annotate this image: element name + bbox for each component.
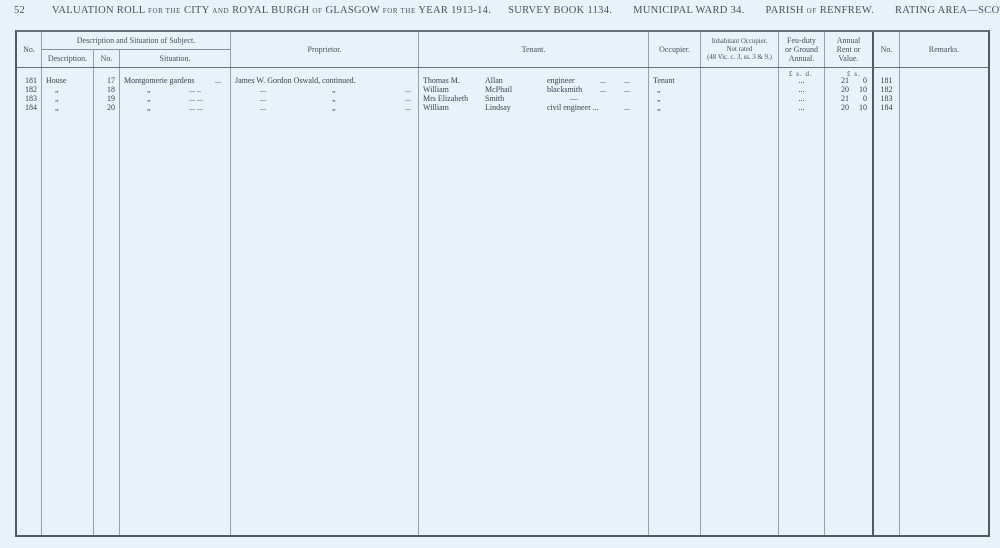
row-pounds: 20 (825, 85, 849, 94)
valuation-table: No. Description and Situation of Subject… (15, 30, 990, 537)
row-tenant-dots: ... (624, 85, 630, 94)
row-feu-duty: ... (779, 103, 824, 112)
row-proprietor-dots: ... (405, 85, 411, 94)
row-proprietor-dots: ... (405, 103, 411, 112)
row-proprietor-ditto: „ (332, 85, 336, 94)
row-tenant-occupation: blacksmith (547, 85, 582, 94)
row-situation-dots: ... (215, 76, 221, 85)
roll-title: VALUATION ROLL for the CITY and ROYAL BU… (52, 5, 494, 16)
row-tenant-occupation: civil engineer ... (547, 103, 599, 112)
row-no-right: 183 (874, 94, 899, 103)
row-description: „ (55, 103, 59, 112)
header-bottom-rule (17, 67, 988, 68)
row-description: „ (55, 94, 59, 103)
row-pounds: 21 (825, 94, 849, 103)
row-tenant-occupation: engineer (547, 76, 575, 85)
survey-book: SURVEY BOOK 1134. (508, 5, 612, 16)
row-proprietor-dots: ... (405, 94, 411, 103)
page-number: 52 (14, 5, 25, 16)
row-proprietor-dots: ... (260, 85, 266, 94)
row-tenant-first: William (423, 85, 449, 94)
row-occupier: „ (657, 103, 661, 112)
col-header-no: No. (17, 32, 41, 67)
table-row: 183 „ 19 „ ... ... ... „ ... Mrs Elizabe… (17, 94, 988, 103)
row-tenant-dots: ... (624, 76, 630, 85)
row-tenant-last: Smith (485, 94, 504, 103)
table-row: 184 „ 20 „ ... ... ... „ ... William Lin… (17, 103, 988, 112)
row-shillings: 10 (851, 103, 867, 112)
row-tenant-last: Lindsay (485, 103, 511, 112)
row-situation-dots: ... ... (189, 94, 203, 103)
col-header-inhabitant-occupier: Inhabitant Occupier. Not rated (48 Vic. … (701, 32, 778, 67)
row-situation: Montgomerie gardens (124, 76, 194, 85)
parish: PARISH of RENFREW. (766, 5, 877, 16)
row-tenant-dots: ... (600, 85, 606, 94)
row-no-right: 181 (874, 76, 899, 85)
row-sub-no: 19 (94, 94, 115, 103)
row-no: 184 (17, 103, 37, 112)
row-no-right: 184 (874, 103, 899, 112)
row-tenant-first: William (423, 103, 449, 112)
row-tenant-last: Allan (485, 76, 503, 85)
col-header-description: Description. (42, 50, 93, 67)
row-no: 181 (17, 76, 37, 85)
row-occupier: „ (657, 94, 661, 103)
row-tenant-first: Thomas M. (423, 76, 460, 85)
row-description: „ (55, 85, 59, 94)
row-occupier: Tenant (653, 76, 675, 85)
row-tenant-occupation: — (570, 94, 578, 103)
table-row: 182 „ 18 „ ... .. ... „ ... William McPh… (17, 85, 988, 94)
row-no: 183 (17, 94, 37, 103)
row-feu-duty: ... (779, 85, 824, 94)
row-feu-duty: ... (779, 94, 824, 103)
row-shillings: 10 (851, 85, 867, 94)
col-header-annual-rent: Annual Rent or Value. (825, 32, 872, 67)
column-rule (119, 50, 120, 535)
col-header-proprietor: Proprietor. (231, 32, 418, 67)
row-situation-dots: ... .. (189, 85, 201, 94)
row-no: 182 (17, 85, 37, 94)
row-pounds: 20 (825, 103, 849, 112)
row-proprietor: James W. Gordon Oswald, continued. (235, 76, 356, 85)
col-header-situation: Situation. (120, 50, 230, 67)
row-sub-no: 17 (94, 76, 115, 85)
col-header-no-right: No. (874, 32, 899, 67)
row-tenant-dots: ... (600, 76, 606, 85)
row-pounds: 21 (825, 76, 849, 85)
row-situation: „ (147, 103, 151, 112)
row-proprietor-dots: ... (260, 94, 266, 103)
row-tenant-dots: ... (624, 103, 630, 112)
col-header-feu-duty: Feu-duty or Ground Annual. (779, 32, 824, 67)
row-proprietor-dots: ... (260, 103, 266, 112)
col-header-sub-no: No. (94, 50, 119, 67)
page-header: 52 VALUATION ROLL for the CITY and ROYAL… (14, 5, 990, 16)
rating-area: RATING AREA—SCOTSTOUN. (895, 5, 1000, 16)
col-header-tenant: Tenant. (419, 32, 648, 67)
row-situation: „ (147, 94, 151, 103)
col-header-remarks: Remarks. (900, 32, 988, 67)
row-situation: „ (147, 85, 151, 94)
row-tenant-first: Mrs Elizabeth (423, 94, 468, 103)
row-tenant-last: McPhail (485, 85, 512, 94)
col-header-occupier: Occupier. (649, 32, 700, 67)
row-shillings: 0 (851, 76, 867, 85)
row-situation-dots: ... ... (189, 103, 203, 112)
row-shillings: 0 (851, 94, 867, 103)
table-row: 181 House 17 Montgomerie gardens ... Jam… (17, 76, 988, 85)
row-feu-duty: ... (779, 76, 824, 85)
row-no-right: 182 (874, 85, 899, 94)
row-sub-no: 18 (94, 85, 115, 94)
municipal-ward: MUNICIPAL WARD 34. (633, 5, 744, 16)
row-sub-no: 20 (94, 103, 115, 112)
row-proprietor-ditto: „ (332, 103, 336, 112)
col-header-description-group: Description and Situation of Subject. (42, 32, 230, 49)
row-description: House (46, 76, 66, 85)
row-occupier: „ (657, 85, 661, 94)
column-rule (93, 50, 94, 535)
row-proprietor-ditto: „ (332, 94, 336, 103)
